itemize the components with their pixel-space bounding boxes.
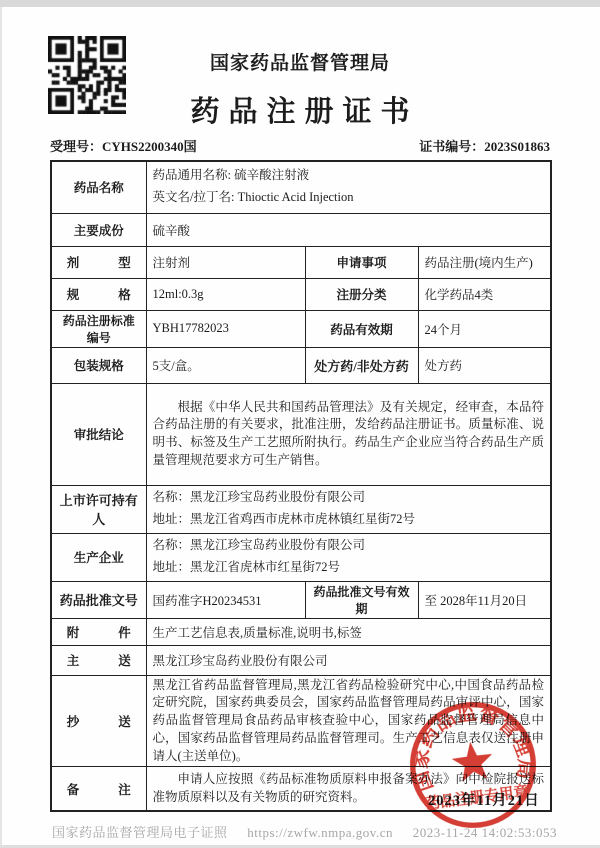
validity-label: 药品有效期	[305, 310, 418, 347]
application-item-label: 申请事项	[305, 246, 418, 278]
footer-url: https://zwfw.nmpa.gov.cn	[247, 825, 393, 840]
page-title: 药品注册证书	[0, 89, 600, 130]
certificate-number: 证书编号：2023S01863	[419, 136, 550, 155]
holder-label: 上市许可持有人	[51, 485, 146, 533]
dosage-form-label: 剂型	[51, 246, 146, 278]
remarks-label: 备注	[51, 767, 146, 811]
approval-no-validity-value: 至 2028年11月20日	[418, 581, 551, 618]
main-recipient-label: 主送	[51, 645, 146, 675]
package-label: 包装规格	[51, 347, 146, 383]
ingredient-label: 主要成份	[51, 213, 146, 246]
table-row-dosage-form: 剂型 注射剂 申请事项 药品注册(境内生产)	[51, 246, 551, 278]
table-row-holder: 上市许可持有人 名称：黑龙江珍宝岛药业股份有限公司 地址：黑龙江省鸡西市虎林市虎…	[51, 485, 551, 533]
drug-name-value: 药品通用名称: 硫辛酸注射液 英文名/拉丁名: Thioctic Acid In…	[146, 161, 551, 213]
table-row-ingredient: 主要成份 硫辛酸	[51, 213, 551, 246]
holder-value: 名称：黑龙江珍宝岛药业股份有限公司 地址：黑龙江省鸡西市虎林市虎林镇红星街72号	[146, 485, 551, 533]
table-row-package: 包装规格 5支/盒。 处方药/非处方药 处方药	[51, 347, 551, 383]
certificate-page: 国家药品监督管理局 药品注册证书 受理号：CYHS2200340国 证书编号：2…	[0, 0, 600, 848]
ingredient-value: 硫辛酸	[146, 213, 551, 246]
approval-no-value: 国药准字H20234531	[146, 581, 305, 618]
seal-graphic: 国家药品监督管理局 药品注册专用章	[398, 690, 547, 839]
table-row-approval-conclusion: 审批结论 根据《中华人民共和国药品管理法》及有关规定，经审查，本品符合药品注册的…	[51, 383, 551, 485]
approval-conclusion-value: 根据《中华人民共和国药品管理法》及有关规定，经审查，本品符合药品注册的有关要求，…	[146, 383, 551, 485]
agency-name: 国家药品监督管理局	[0, 48, 600, 75]
reg-class-label: 注册分类	[305, 278, 418, 310]
certificate-header: 国家药品监督管理局 药品注册证书	[0, 48, 600, 130]
acceptance-number: 受理号：CYHS2200340国	[50, 136, 197, 155]
reg-class-value: 化学药品4类	[418, 278, 551, 310]
table-row-spec: 规格 12ml:0.3g 注册分类 化学药品4类	[51, 278, 551, 310]
footer-label: 国家药品监督管理局电子证照	[52, 825, 228, 840]
dosage-form-value: 注射剂	[146, 246, 305, 278]
scan-edge-top	[0, 0, 600, 7]
table-row-attachments: 附件 生产工艺信息表,质量标准,说明书,标签	[51, 618, 551, 645]
table-row-approval-no: 药品批准文号 国药准字H20234531 药品批准文号有效期 至 2028年11…	[51, 581, 551, 618]
application-item-value: 药品注册(境内生产)	[418, 246, 551, 278]
rx-value: 处方药	[418, 347, 551, 383]
table-row-manufacturer: 生产企业 名称：黑龙江珍宝岛药业股份有限公司 地址：黑龙江省虎林市红星街72号	[51, 533, 551, 581]
approval-no-validity-label: 药品批准文号有效期	[305, 581, 418, 618]
main-recipient-value: 黑龙江珍宝岛药业股份有限公司	[146, 645, 551, 675]
meta-row: 受理号：CYHS2200340国 证书编号：2023S01863	[50, 136, 550, 155]
scan-edge-left	[0, 7, 2, 848]
table-row-drug-name: 药品名称 药品通用名称: 硫辛酸注射液 英文名/拉丁名: Thioctic Ac…	[51, 161, 551, 213]
manufacturer-label: 生产企业	[51, 533, 146, 581]
standard-no-value: YBH17782023	[146, 310, 305, 347]
spec-value: 12ml:0.3g	[146, 278, 305, 310]
approval-conclusion-label: 审批结论	[51, 383, 146, 485]
approval-no-label: 药品批准文号	[51, 581, 146, 618]
table-row-main-recipient: 主送 黑龙江珍宝岛药业股份有限公司	[51, 645, 551, 675]
drug-name-label: 药品名称	[51, 161, 146, 213]
rx-label: 处方药/非处方药	[305, 347, 418, 383]
attachments-value: 生产工艺信息表,质量标准,说明书,标签	[146, 618, 551, 645]
seal-star-icon	[450, 739, 495, 782]
cc-label: 抄送	[51, 675, 146, 767]
table-row-standard-no: 药品注册标准编号 YBH17782023 药品有效期 24个月	[51, 310, 551, 347]
attachments-label: 附件	[51, 618, 146, 645]
package-value: 5支/盒。	[146, 347, 305, 383]
validity-value: 24个月	[418, 310, 551, 347]
standard-no-label: 药品注册标准编号	[51, 310, 146, 347]
spec-label: 规格	[51, 278, 146, 310]
manufacturer-value: 名称：黑龙江珍宝岛药业股份有限公司 地址：黑龙江省虎林市红星街72号	[146, 533, 551, 581]
official-seal: 国家药品监督管理局 药品注册专用章	[398, 690, 547, 839]
